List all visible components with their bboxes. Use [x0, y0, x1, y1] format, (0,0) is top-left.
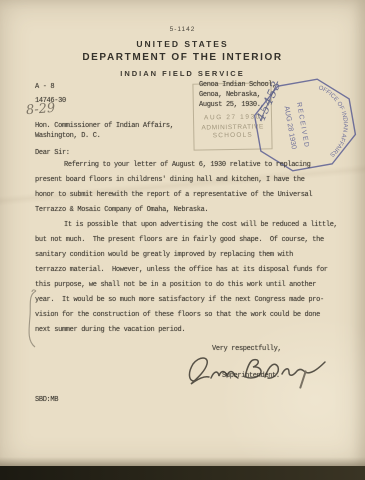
received-stamp-date: AUG 28 1930 — [283, 105, 299, 149]
body-line: present board floors in childrens' dinin… — [35, 173, 335, 188]
pencil-margin-bracket — [24, 289, 40, 349]
pencil-note: 8-29 — [25, 101, 55, 118]
photo-background-edge — [0, 466, 365, 480]
received-stamp-arc-text: OFFICE OF INDIAN AFFAIRS — [317, 81, 354, 158]
addressee-line1: Hon. Commissioner of Indian Affairs, — [35, 122, 174, 130]
scanned-letter-page: 5-1142 UNITED STATES DEPARTMENT OF THE I… — [0, 0, 365, 480]
class-mark: A - 8 — [35, 83, 54, 91]
typist-initials: SBD:MB — [35, 396, 58, 404]
body-line: Referring to your letter of August 6, 19… — [35, 158, 335, 173]
body-line: sanitary condition would be greatly impr… — [35, 248, 335, 263]
addressee-line2: Washington, D. C. — [35, 132, 100, 140]
body-line: honor to submit herewith the report of a… — [35, 188, 335, 203]
body-line: next summer during the vacation period. — [35, 323, 335, 338]
letter-body: Referring to your letter of August 6, 19… — [35, 158, 335, 338]
salutation: Dear Sir: — [35, 149, 70, 157]
body-line: Terrazzo & Mosaic Company of Omaha, Nebr… — [35, 203, 335, 218]
letterhead-department: DEPARTMENT OF THE INTERIOR — [0, 52, 365, 63]
body-line: terrazzo material. However, unless the o… — [35, 263, 335, 278]
body-line: this purpose, we shall not be in a posit… — [35, 278, 335, 293]
signer-title: Superintendent. — [222, 372, 280, 380]
body-line: but not much. The present floors are in … — [35, 233, 335, 248]
body-line: It is possible that upon advertising the… — [35, 218, 335, 233]
letterhead-united-states: UNITED STATES — [0, 39, 365, 49]
svg-text:OFFICE OF INDIAN AFFAIRS: OFFICE OF INDIAN AFFAIRS — [317, 81, 354, 158]
body-line: year. It would be so much more satisfact… — [35, 293, 335, 308]
body-line: vision for the construction of these flo… — [35, 308, 335, 323]
form-number: 5-1142 — [0, 26, 365, 33]
